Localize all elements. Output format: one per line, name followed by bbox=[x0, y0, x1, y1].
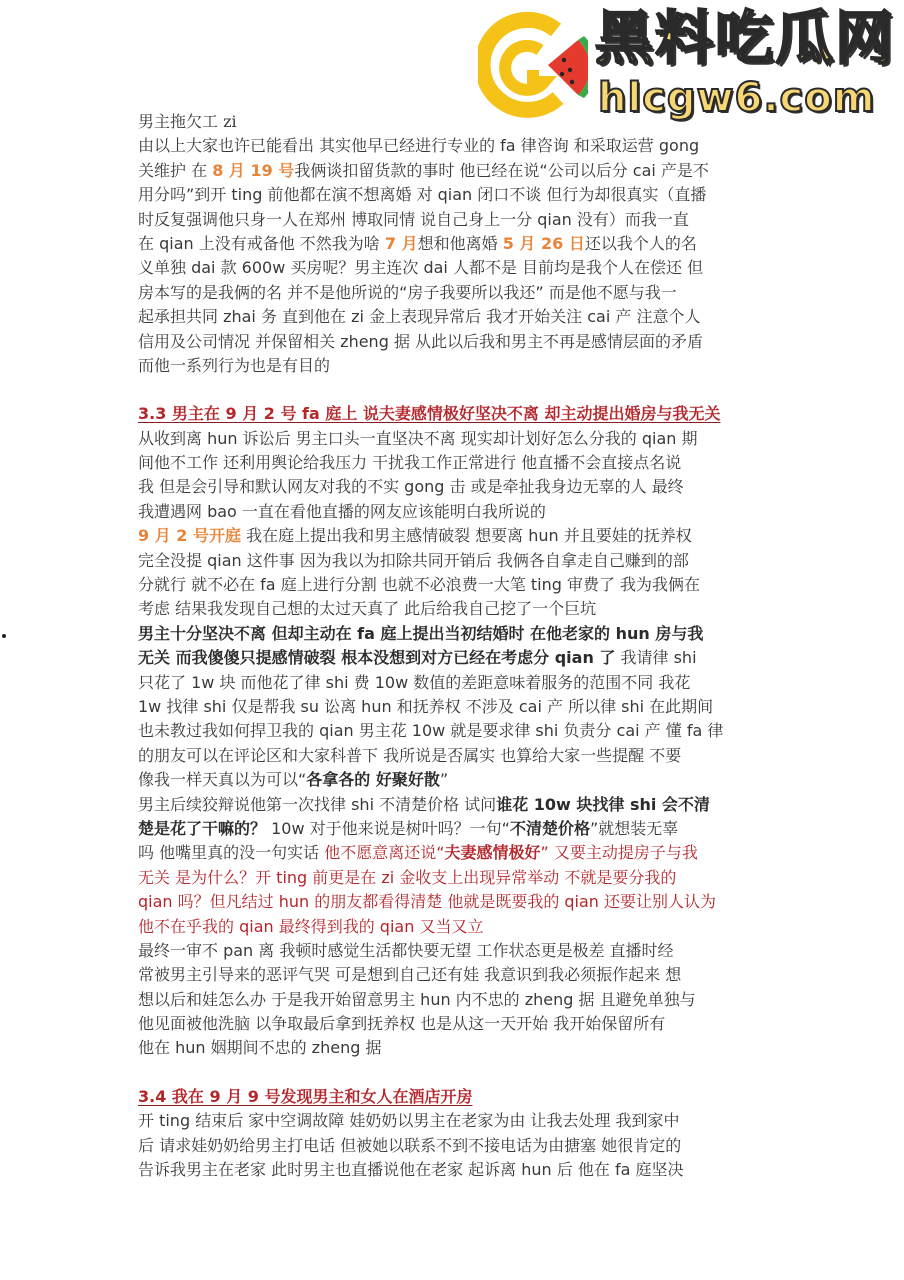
section-3-4-paragraph-1: 开 ting 结束后 家中空调故障 娃奶奶以男主在老家为由 让我去处理 我到家中… bbox=[138, 1109, 770, 1182]
date-highlight: 8 月 19 号 bbox=[212, 161, 294, 180]
text-line: 信用及公司情况 并保留相关 zheng 据 从此以后我和男主不再是感情层面的矛盾 bbox=[138, 330, 770, 354]
text-line: 我 但是会引导和默认网友对我的不实 gong 击 或是牵扯我身边无辜的人 最终 bbox=[138, 475, 770, 499]
text-line: 只花了 1w 块 而他花了律 shi 费 10w 数值的差距意味着服务的范围不同… bbox=[138, 671, 770, 695]
section-3-3-paragraph-1: 从收到离 hun 诉讼后 男主口头一直坚决不离 现实却计划好怎么分我的 qian… bbox=[138, 427, 770, 525]
section-3-3-paragraph-2: 9 月 2 号开庭 我在庭上提出我和男主感情破裂 想要离 hun 并且要娃的抚养… bbox=[138, 524, 770, 622]
margin-dot bbox=[2, 634, 6, 638]
text-line: qian 吗？但凡结过 hun 的朋友都看得清楚 他就是既要我的 qian 还要… bbox=[138, 890, 770, 914]
date-highlight: 5 月 26 日 bbox=[503, 234, 585, 253]
text-line: 后 请求娃奶奶给男主打电话 但被她以联系不到不接电话为由搪塞 她很肯定的 bbox=[138, 1134, 770, 1158]
paragraph-1: 由以上大家也许已能看出 其实他早已经进行专业的 fa 律咨询 和采取运营 gon… bbox=[138, 134, 770, 378]
document-body: 男主拖欠工 zi 由以上大家也许已能看出 其实他早已经进行专业的 fa 律咨询 … bbox=[138, 110, 770, 1182]
text-line: 他不在乎我的 qian 最终得到我的 qian 又当又立 bbox=[138, 915, 770, 939]
text-line: 在 qian 上没有戒备他 不然我为啥 7 月想和他离婚 5 月 26 日还以我… bbox=[138, 232, 770, 256]
text-line: 9 月 2 号开庭 我在庭上提出我和男主感情破裂 想要离 hun 并且要娃的抚养… bbox=[138, 524, 770, 548]
text-line: 告诉我男主在老家 此时男主也直播说他在老家 起诉离 hun 后 他在 fa 庭坚… bbox=[138, 1158, 770, 1182]
text-line: 义单独 dai 款 600w 买房呢？男主连次 dai 人都不是 目前均是我个人… bbox=[138, 256, 770, 280]
court-date-highlight: 9 月 2 号开庭 bbox=[138, 526, 241, 545]
text-line: 关维护 在 8 月 19 号我俩谈扣留货款的事时 他已经在说“公司以后分 cai… bbox=[138, 159, 770, 183]
text-line: 房本写的是我俩的名 并不是他所说的“房子我要所以我还” 而是他不愿与我一 bbox=[138, 281, 770, 305]
text-line: 像我一样天真以为可以“各拿各的 好聚好散” bbox=[138, 768, 770, 792]
section-heading-3-4: 3.4 我在 9 月 9 号发现男主和女人在酒店开房 bbox=[138, 1085, 770, 1109]
intro-line: 男主拖欠工 zi bbox=[138, 110, 770, 134]
text-line: 最终一审不 pan 离 我顿时感觉生活都快要无望 工作状态更是极差 直播时经 bbox=[138, 939, 770, 963]
text-line: 男主后续狡辩说他第一次找律 shi 不清楚价格 试问谁花 10w 块找律 shi… bbox=[138, 793, 770, 817]
text-line: 由以上大家也许已能看出 其实他早已经进行专业的 fa 律咨询 和采取运营 gon… bbox=[138, 134, 770, 158]
text-line: 的朋友可以在评论区和大家科普下 我所说是否属实 也算给大家一些提醒 不要 bbox=[138, 744, 770, 768]
text-line: 考虑 结果我发现自己想的太过天真了 此后给我自己挖了一个巨坑 bbox=[138, 597, 770, 621]
text-line: 1w 找律 shi 仅是帮我 su 讼离 hun 和抚养权 不涉及 cai 产 … bbox=[138, 695, 770, 719]
text-line: 吗 他嘴里真的没一句实话 他不愿意离还说“夫妻感情极好” 又要主动提房子与我 bbox=[138, 841, 770, 865]
date-highlight: 7 月 bbox=[385, 234, 418, 253]
text-line: 用分吗”到开 ting 前他都在演不想离婚 对 qian 闭口不谈 但行为却很真… bbox=[138, 183, 770, 207]
text-line: 无关 是为什么？开 ting 前更是在 zi 金收支上出现异常举动 不就是要分我… bbox=[138, 866, 770, 890]
text-line: 他见面被他洗脑 以争取最后拿到抚养权 也是从这一天开始 我开始保留所有 bbox=[138, 1012, 770, 1036]
text-line: 也未教过我如何捍卫我的 qian 男主花 10w 就是要求律 shi 负责分 c… bbox=[138, 719, 770, 743]
text-line: 从收到离 hun 诉讼后 男主口头一直坚决不离 现实却计划好怎么分我的 qian… bbox=[138, 427, 770, 451]
text-line: 完全没提 qian 这件事 因为我以为扣除共同开销后 我俩各自拿走自己赚到的部 bbox=[138, 549, 770, 573]
section-heading-3-3: 3.3 男主在 9 月 2 号 fa 庭上 说夫妻感情极好坚决不离 却主动提出婚… bbox=[138, 402, 770, 426]
text-line: 楚是花了干嘛的？ 10w 对于他来说是树叶吗？一句“不清楚价格”就想装无辜 bbox=[138, 817, 770, 841]
text-line: 我遭遇网 bao 一直在看他直播的网友应该能明白我所说的 bbox=[138, 500, 770, 524]
text-line: 想以后和娃怎么办 于是我开始留意男主 hun 内不忠的 zheng 据 且避免单… bbox=[138, 988, 770, 1012]
text-line: 无关 而我傻傻只提感情破裂 根本没想到对方已经在考虑分 qian 了 我请律 s… bbox=[138, 646, 770, 670]
text-line: 起承担共同 zhai 务 直到他在 zi 金上表现异常后 我才开始关注 cai … bbox=[138, 305, 770, 329]
text-line: 时反复强调他只身一人在郑州 博取同情 说自己身上一分 qian 没有）而我一直 bbox=[138, 208, 770, 232]
section-3-3-paragraph-4: 男主后续狡辩说他第一次找律 shi 不清楚价格 试问谁花 10w 块找律 shi… bbox=[138, 793, 770, 939]
section-3-3-paragraph-5: 最终一审不 pan 离 我顿时感觉生活都快要无望 工作状态更是极差 直播时经 常… bbox=[138, 939, 770, 1061]
text-line: 间他不工作 还利用舆论给我压力 干扰我工作正常进行 他直播不会直接点名说 bbox=[138, 451, 770, 475]
watermelon-logo-icon bbox=[478, 10, 588, 120]
text-line: 他在 hun 姻期间不忠的 zheng 据 bbox=[138, 1036, 770, 1060]
section-3-3-paragraph-3: 男主十分坚决不离 但却主动在 fa 庭上提出当初结婚时 在他老家的 hun 房与… bbox=[138, 622, 770, 793]
site-logo[interactable]: 黑料吃瓜网 hlcgw6.com bbox=[470, 4, 900, 124]
text-line: 而他一系列行为也是有目的 bbox=[138, 354, 770, 378]
logo-title: 黑料吃瓜网 bbox=[595, 6, 895, 70]
text-line: 开 ting 结束后 家中空调故障 娃奶奶以男主在老家为由 让我去处理 我到家中 bbox=[138, 1109, 770, 1133]
text-line: 常被男主引导来的恶评气哭 可是想到自己还有娃 我意识到我必须振作起来 想 bbox=[138, 963, 770, 987]
text-line: 男主十分坚决不离 但却主动在 fa 庭上提出当初结婚时 在他老家的 hun 房与… bbox=[138, 622, 770, 646]
text-line: 分就行 就不必在 fa 庭上进行分割 也就不必浪费一大笔 ting 审费了 我为… bbox=[138, 573, 770, 597]
